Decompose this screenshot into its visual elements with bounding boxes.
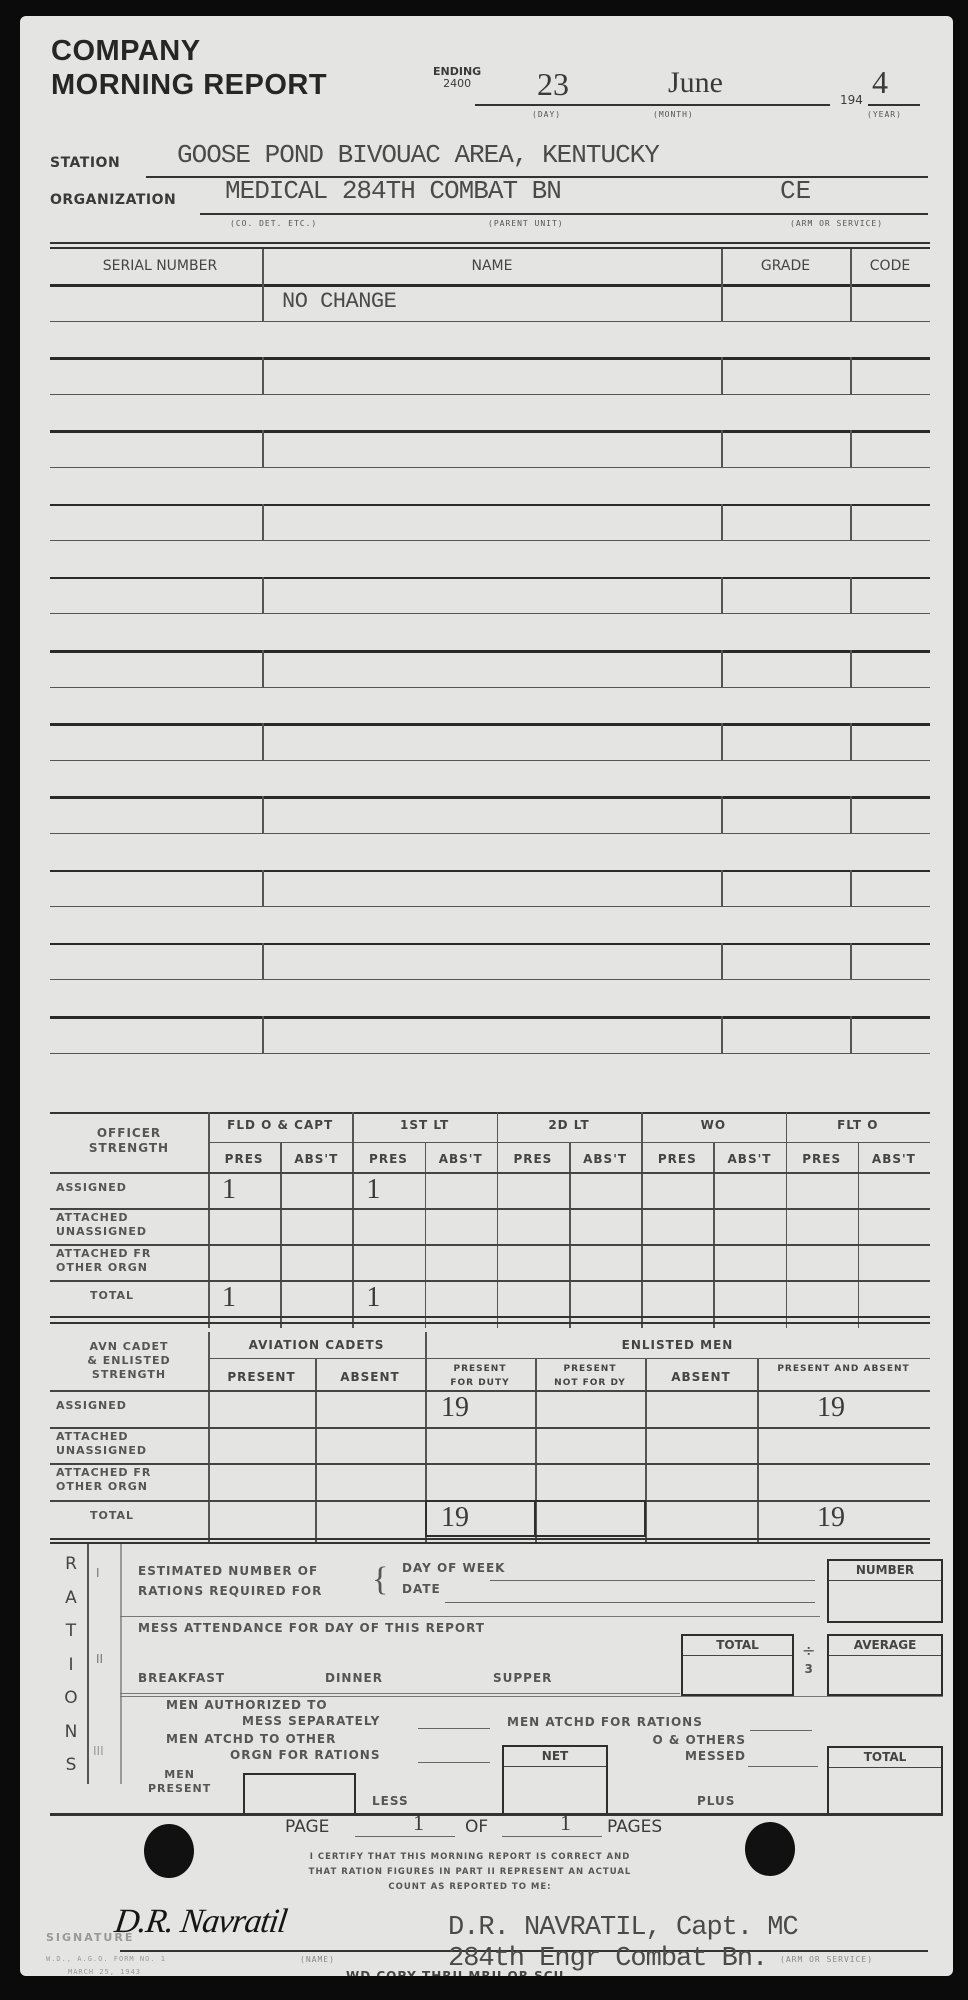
breakfast-label: BREAKFAST (138, 1671, 225, 1685)
enlisted-subcol-header: PRESENT (208, 1370, 315, 1384)
enlisted-row-label: TOTAL (90, 1509, 134, 1523)
ending-label: ENDING 2400 (433, 66, 481, 90)
auth-line1: MEN AUTHORIZED TO (166, 1698, 328, 1712)
enlisted-subcol-header: PRESENT FOR DUTY (425, 1362, 535, 1390)
officer-cell[interactable] (366, 1210, 424, 1242)
officer-group-header: WO (641, 1118, 785, 1132)
enlisted-cell[interactable] (817, 1429, 930, 1461)
officer-cell[interactable] (800, 1210, 858, 1242)
officer-subcol-header: ABS'T (858, 1152, 930, 1166)
year-caption: (YEAR) (867, 110, 902, 119)
col-name: NAME (263, 258, 721, 274)
officer-top-line (50, 1112, 930, 1114)
men-present-label: MEN PRESENT (148, 1768, 211, 1796)
officer-cell[interactable] (366, 1246, 424, 1278)
enlisted-cell[interactable] (551, 1392, 645, 1424)
officer-title-line1: OFFICER (50, 1126, 208, 1141)
officer-row-label: TOTAL (90, 1289, 134, 1303)
officer-cell[interactable] (583, 1210, 641, 1242)
roster-row-line (50, 979, 930, 980)
officer-cell[interactable] (583, 1174, 641, 1206)
total-label: TOTAL (683, 1636, 792, 1656)
aviation-cadets-header: AVIATION CADETS (208, 1338, 425, 1352)
officer-divider (569, 1142, 571, 1328)
page-label: PAGE (285, 1817, 329, 1837)
officer-subcol-header: PRES (208, 1152, 280, 1166)
morning-report-form: COMPANY MORNING REPORT ENDING 2400 23 Ju… (20, 16, 953, 1976)
enlisted-title-line: & ENLISTED (50, 1354, 208, 1368)
mess-attendance-label: MESS ATTENDANCE FOR DAY OF THIS REPORT (138, 1621, 485, 1635)
arm-value[interactable]: CE (780, 176, 811, 206)
enlisted-cell[interactable] (551, 1429, 645, 1461)
punch-hole-left (144, 1824, 194, 1878)
enlisted-divider (757, 1358, 759, 1544)
roster-row-line (50, 540, 930, 541)
col-code: CODE (850, 258, 930, 274)
officer-subcol-header: PRES (786, 1152, 858, 1166)
enlisted-title-line: AVN CADET (50, 1340, 208, 1354)
rations-letter: T (58, 1621, 84, 1641)
others-messed-field[interactable] (748, 1766, 818, 1767)
plus-label: PLUS (697, 1794, 735, 1808)
divide-by-three: ÷ 3 (802, 1642, 815, 1678)
roster-top-line2 (50, 247, 930, 249)
enlisted-subcol-header: PRESENT NOT FOR DY (535, 1362, 645, 1390)
enlisted-cell[interactable] (661, 1429, 757, 1461)
officer-group-header: 2D LT (497, 1118, 641, 1132)
enlisted-cell[interactable] (331, 1465, 425, 1497)
men-present-line2: PRESENT (148, 1782, 211, 1796)
page-total[interactable]: 1 (560, 1810, 571, 1836)
year-prefix: 194 (840, 93, 863, 107)
month-caption: (MONTH) (653, 110, 694, 119)
enlisted-divider (315, 1358, 317, 1544)
enlisted-cell[interactable]: 19 (817, 1392, 930, 1424)
col-grade: GRADE (721, 258, 850, 274)
officer-cell[interactable] (583, 1246, 641, 1278)
officer-cell[interactable] (800, 1174, 858, 1206)
parent-unit-caption: (PARENT UNIT) (488, 219, 564, 228)
roster-row-line (50, 687, 930, 688)
row-label-line1: ATTACHED (56, 1430, 147, 1444)
officer-cell[interactable] (727, 1282, 785, 1314)
enlisted-subcol-header: ABSENT (315, 1370, 425, 1384)
enlisted-cell[interactable] (441, 1429, 535, 1461)
officer-bottom-line (50, 1316, 930, 1318)
average-box[interactable]: AVERAGE (827, 1634, 943, 1696)
part2-divider (120, 1693, 680, 1694)
col-serial-number: SERIAL NUMBER (60, 258, 260, 274)
date-label: DATE (402, 1582, 441, 1596)
officer-cell[interactable] (294, 1246, 352, 1278)
enlisted-cell[interactable] (661, 1392, 757, 1424)
supper-label: SUPPER (493, 1671, 552, 1685)
enlisted-cell[interactable] (441, 1465, 535, 1497)
officer-group-header: FLT O (786, 1118, 930, 1132)
officer-divider (280, 1142, 282, 1328)
number-label: NUMBER (829, 1561, 941, 1581)
officer-subcol-header: ABS'T (569, 1152, 641, 1166)
enlisted-cell[interactable] (331, 1429, 425, 1461)
officer-title-line2: STRENGTH (50, 1141, 208, 1156)
officer-divider (858, 1142, 860, 1328)
officer-group-header: FLD O & CAPT (208, 1118, 352, 1132)
enlisted-cell[interactable] (224, 1392, 315, 1424)
officer-cell[interactable] (727, 1210, 785, 1242)
certify-line2: THAT RATION FIGURES IN PART II REPRESENT… (220, 1865, 720, 1880)
officer-cell[interactable] (872, 1246, 930, 1278)
pages-label: PAGES (607, 1817, 662, 1837)
part2-numeral: II (96, 1652, 103, 1666)
form-number: W.D., A.G.O. FORM NO. 1 (46, 1955, 166, 1963)
men-present-box[interactable] (243, 1773, 356, 1815)
rations-letter: I (58, 1655, 84, 1675)
enlisted-cell[interactable] (224, 1429, 315, 1461)
atchd-other-line1: MEN ATCHD TO OTHER (166, 1732, 336, 1746)
mess-separately-field[interactable] (418, 1728, 490, 1729)
enlisted-cell[interactable] (224, 1502, 315, 1534)
officer-cell[interactable] (655, 1246, 713, 1278)
roster-row-line (50, 833, 930, 834)
officer-cell[interactable] (294, 1210, 352, 1242)
organization-label: ORGANIZATION (50, 192, 176, 208)
enlisted-cell[interactable] (661, 1502, 757, 1534)
enlisted-cell[interactable] (331, 1502, 425, 1534)
part1-numeral: I (96, 1566, 100, 1580)
arm-service-caption: (ARM OR SERVICE) (780, 1955, 873, 1964)
signature-handwriting[interactable]: D.R. Navratil (112, 1903, 289, 1941)
row-label-line1: ASSIGNED (56, 1181, 127, 1195)
station-value[interactable]: GOOSE POND BIVOUAC AREA, KENTUCKY (177, 140, 659, 170)
roster-top-line (50, 242, 930, 244)
enlisted-divider (208, 1332, 210, 1544)
form-title-line1: COMPANY (51, 34, 201, 68)
officer-cell[interactable] (655, 1174, 713, 1206)
copy-routing-note: WD COPY THRU MRU OR SCU (346, 1969, 564, 1976)
signer-name: D.R. NAVRATIL, Capt. MC (448, 1913, 798, 1943)
page-number-underline (355, 1836, 455, 1837)
officer-subcol-header: PRES (641, 1152, 713, 1166)
day-of-week-field[interactable] (490, 1580, 815, 1581)
of-label: OF (465, 1817, 488, 1837)
officer-cell[interactable] (655, 1282, 713, 1314)
punch-hole-right (745, 1822, 795, 1876)
officer-subcol-header: ABS'T (280, 1152, 352, 1166)
officer-cell[interactable] (655, 1210, 713, 1242)
part3-numeral: III (93, 1744, 104, 1758)
certify-line3: COUNT AS REPORTED TO ME: (220, 1880, 720, 1895)
officer-cell[interactable] (872, 1174, 930, 1206)
row-label-line1: TOTAL (90, 1509, 134, 1523)
enlisted-cell[interactable]: 19 (817, 1502, 930, 1534)
officer-divider (713, 1142, 715, 1328)
row-label-line1: ATTACHED FR (56, 1247, 151, 1261)
officer-cell[interactable] (294, 1174, 352, 1206)
date-field[interactable] (445, 1602, 815, 1603)
brace: { (372, 1560, 388, 1600)
report-month[interactable]: June (668, 66, 723, 100)
ending-time: 2400 (433, 78, 481, 90)
row-label-line2: UNASSIGNED (56, 1444, 147, 1458)
officer-cell[interactable] (800, 1282, 858, 1314)
officer-divider (425, 1142, 427, 1328)
atchd-for-rations-label: MEN ATCHD FOR RATIONS (507, 1715, 703, 1729)
co-caption: (CO. DET. ETC.) (230, 219, 317, 228)
officer-cell[interactable] (511, 1210, 569, 1242)
officer-subcol-header: PRES (497, 1152, 569, 1166)
officer-subcol-header: ABS'T (425, 1152, 497, 1166)
roster-row-line (50, 394, 930, 395)
officer-cell[interactable]: 1 (222, 1282, 280, 1314)
officer-subcol-header: ABS'T (713, 1152, 785, 1166)
part1-label: ESTIMATED NUMBER OF RATIONS REQUIRED FOR (138, 1561, 322, 1601)
rations-letter: A (58, 1588, 84, 1608)
enlisted-row-label: ATTACHED FROTHER ORGN (56, 1466, 151, 1494)
rations-total-label: TOTAL (829, 1748, 941, 1768)
enlisted-cell[interactable] (331, 1392, 425, 1424)
enlisted-title-line: STRENGTH (50, 1368, 208, 1382)
enlisted-row-label: ASSIGNED (56, 1399, 127, 1413)
officer-cell[interactable] (222, 1210, 280, 1242)
rations-letter: N (58, 1722, 84, 1742)
enlisted-subcol-header: PRESENT AND ABSENT (757, 1362, 930, 1376)
certification-text: I CERTIFY THAT THIS MORNING REPORT IS CO… (220, 1850, 720, 1895)
officer-group-header: 1ST LT (352, 1118, 496, 1132)
atchd-other-line2: ORGN FOR RATIONS (230, 1748, 380, 1762)
day-of-week-label: DAY OF WEEK (402, 1561, 505, 1575)
enlisted-row-label: ATTACHEDUNASSIGNED (56, 1430, 147, 1458)
row-label-line2: OTHER ORGN (56, 1261, 151, 1275)
roster-row-line (50, 613, 930, 614)
year-underline (868, 104, 920, 106)
officer-cell[interactable]: 1 (366, 1282, 424, 1314)
divisor: 3 (802, 1660, 815, 1678)
officer-divider (497, 1112, 499, 1328)
total-not-duty-box (534, 1500, 646, 1537)
enlisted-subcol-header: ABSENT (645, 1370, 757, 1384)
row-label-line2: UNASSIGNED (56, 1225, 147, 1239)
officer-cell[interactable] (727, 1246, 785, 1278)
officer-bottom-line2 (50, 1322, 930, 1324)
net-box[interactable]: NET (502, 1745, 608, 1815)
enlisted-men-header: ENLISTED MEN (425, 1338, 930, 1352)
officer-subcol-header: PRES (352, 1152, 424, 1166)
auth-line2: MESS SEPARATELY (242, 1714, 380, 1728)
rations-top-line (50, 1542, 930, 1544)
officer-cell[interactable] (439, 1174, 497, 1206)
orgn-rations-field[interactable] (418, 1762, 490, 1763)
organization-value[interactable]: MEDICAL 284TH COMBAT BN (225, 176, 561, 206)
page-number[interactable]: 1 (413, 1810, 424, 1836)
rations-letter: S (58, 1755, 84, 1775)
row-label-line1: ATTACHED (56, 1211, 147, 1225)
officer-subheader-line (208, 1142, 930, 1143)
others-line1: O & OTHERS (630, 1732, 746, 1748)
officer-cell[interactable] (872, 1282, 930, 1314)
officer-divider (786, 1112, 788, 1328)
officer-cell[interactable] (511, 1282, 569, 1314)
roster-row-line (50, 760, 930, 761)
certify-line1: I CERTIFY THAT THIS MORNING REPORT IS CO… (220, 1850, 720, 1865)
part1-line2: RATIONS REQUIRED FOR (138, 1581, 322, 1601)
station-label: STATION (50, 155, 120, 171)
row-label-line1: ATTACHED FR (56, 1466, 151, 1480)
dinner-label: DINNER (325, 1671, 383, 1685)
officer-cell[interactable] (511, 1246, 569, 1278)
officer-divider (352, 1112, 354, 1328)
officer-row-label: ATTACHED FROTHER ORGN (56, 1247, 151, 1275)
officer-cell[interactable] (439, 1246, 497, 1278)
officer-cell[interactable] (222, 1246, 280, 1278)
officer-cell[interactable] (439, 1210, 497, 1242)
part1-line1: ESTIMATED NUMBER OF (138, 1561, 322, 1581)
atchd-for-rations-field[interactable] (750, 1730, 812, 1731)
officer-cell[interactable] (511, 1174, 569, 1206)
rations-letter: R (58, 1554, 84, 1574)
date-underline (475, 104, 830, 106)
report-day[interactable]: 23 (537, 66, 569, 103)
less-label: LESS (372, 1794, 409, 1808)
roster-entry-name[interactable]: NO CHANGE (282, 289, 396, 314)
officer-cell[interactable] (800, 1246, 858, 1278)
part3-top-line (120, 1696, 943, 1697)
divide-icon: ÷ (802, 1642, 815, 1660)
officer-cell[interactable] (294, 1282, 352, 1314)
enlisted-cell[interactable] (661, 1465, 757, 1497)
form-date: MARCH 25, 1943 (68, 1968, 141, 1976)
officer-row-label: ATTACHEDUNASSIGNED (56, 1211, 147, 1239)
rations-letter: O (58, 1688, 84, 1708)
rations-numeral-divider (120, 1544, 122, 1784)
organization-underline (200, 213, 928, 215)
rations-bottom-line (50, 1813, 943, 1816)
roster-row-line (50, 906, 930, 907)
officer-cell[interactable] (439, 1282, 497, 1314)
row-label-line1: ASSIGNED (56, 1399, 127, 1413)
row-label-line2: OTHER ORGN (56, 1480, 151, 1494)
enlisted-cell[interactable] (224, 1465, 315, 1497)
average-label: AVERAGE (829, 1636, 941, 1656)
officer-cell[interactable] (872, 1210, 930, 1242)
roster-row-line (50, 1053, 930, 1054)
rations-total-box[interactable]: TOTAL (827, 1746, 943, 1815)
enlisted-cell[interactable] (551, 1465, 645, 1497)
report-year[interactable]: 4 (872, 64, 888, 101)
roster-row-line (50, 467, 930, 468)
enlisted-strength-title: AVN CADET& ENLISTEDSTRENGTH (50, 1340, 208, 1382)
officer-cell[interactable]: 1 (366, 1174, 424, 1206)
enlisted-bottom-line (50, 1538, 930, 1540)
officer-divider (641, 1112, 643, 1328)
name-caption: (NAME) (300, 1955, 335, 1964)
roster-row-line (50, 321, 930, 322)
officer-strength-title: OFFICERSTRENGTH (50, 1126, 208, 1156)
arm-caption: (ARM OR SERVICE) (790, 219, 883, 228)
others-messed-label: O & OTHERS MESSED (630, 1732, 746, 1764)
men-present-line1: MEN (148, 1768, 211, 1782)
officer-cell[interactable]: 1 (222, 1174, 280, 1206)
total-box[interactable]: TOTAL (681, 1634, 794, 1696)
rations-letter-divider (87, 1544, 89, 1784)
page-total-underline (502, 1836, 602, 1837)
officer-divider (208, 1112, 210, 1328)
part1-divider (120, 1616, 820, 1617)
row-label-line1: TOTAL (90, 1289, 134, 1303)
enlisted-cell[interactable] (817, 1465, 930, 1497)
officer-cell[interactable] (727, 1174, 785, 1206)
officer-cell[interactable] (583, 1282, 641, 1314)
day-caption: (DAY) (532, 110, 561, 119)
total-present-duty-box (425, 1500, 536, 1537)
number-box[interactable]: NUMBER (827, 1559, 943, 1623)
officer-row-label: ASSIGNED (56, 1181, 127, 1195)
enlisted-cell[interactable]: 19 (441, 1392, 535, 1424)
form-title-line2: MORNING REPORT (51, 68, 327, 102)
net-label: NET (504, 1747, 606, 1767)
others-line2: MESSED (630, 1748, 746, 1764)
